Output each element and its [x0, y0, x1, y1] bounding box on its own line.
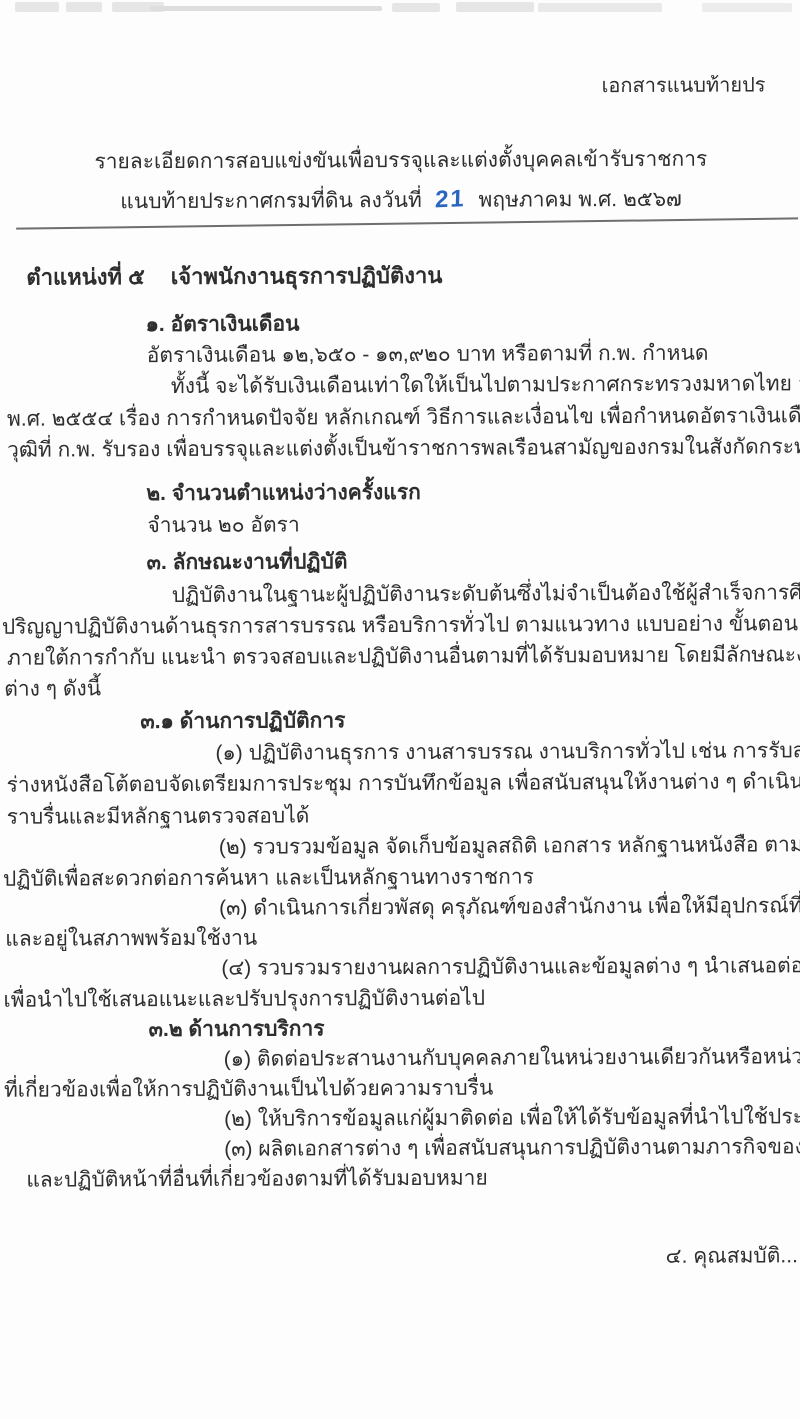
document-subtitle: แนบท้ายประกาศกรมที่ดิน ลงวันที่21พฤษภาคม…	[0, 183, 800, 218]
vacancies-count-line: จำนวน ๒๐ อัตรา	[147, 510, 299, 541]
duties-intro-line: ปริญญาปฏิบัติงานด้านธุรการสารบรรณ หรือบร…	[2, 608, 800, 642]
scanned-document-page: เอกสารแนบท้ายปร รายละเอียดการสอบแข่งขันเ…	[0, 0, 800, 1419]
continuation-note: ๔. คุณสมบัติ...	[666, 1241, 798, 1272]
subtitle-prefix: แนบท้ายประกาศกรมที่ดิน ลงวันที่	[120, 186, 422, 217]
operations-item-line: (๔) รวบรวมรายงานผลการปฏิบัติงานและข้อมูล…	[221, 951, 800, 984]
salary-note-line: ทั้งนี้ จะได้รับเงินเดือนเท่าใดให้เป็นไป…	[171, 369, 800, 402]
salary-note-line: พ.ศ. ๒๕๕๔ เรื่อง การกำหนดปัจจัย หลักเกณฑ…	[7, 401, 800, 435]
operations-item-line: (๑) ปฏิบัติงานธุรการ งานสารบรรณ งานบริกา…	[215, 736, 800, 769]
position-title: เจ้าพนักงานธุรการปฏิบัติงาน	[171, 263, 443, 289]
services-item-line: ที่เกี่ยวข้องเพื่อให้การปฏิบัติงานเป็นไป…	[4, 1074, 494, 1106]
subsection-operations-heading: ๓.๑ ด้านการปฏิบัติการ	[140, 706, 345, 737]
operations-item-line: ปฏิบัติเพื่อสะดวกต่อการค้นหา และเป็นหลัก…	[3, 862, 534, 894]
salary-amount-line: อัตราเงินเดือน ๑๒,๖๕๐ - ๑๓,๙๒๐ บาท หรือต…	[147, 339, 709, 371]
operations-item-line: ร่างหนังสือโต้ตอบจัดเตรียมการประชุม การบ…	[7, 767, 800, 801]
duties-intro-line: ปฏิบัติงานในฐานะผู้ปฏิบัติงานระดับต้นซึ่…	[172, 578, 800, 611]
operations-item-line: และอยู่ในสภาพพร้อมใช้งาน	[5, 924, 257, 955]
section-duties-heading: ๓. ลักษณะงานที่ปฏิบัติ	[147, 547, 348, 578]
operations-item-line: (๒) รวบรวมข้อมูล จัดเก็บข้อมูลสถิติ เอกส…	[219, 830, 800, 863]
services-item-line: (๑) ติดต่อประสานงานกับบุคคลภายในหน่วยงาน…	[224, 1042, 800, 1075]
section-vacancies-heading: ๒. จำนวนตำแหน่งว่างครั้งแรก	[146, 478, 421, 509]
subtitle-suffix: พฤษภาคม พ.ศ. ๒๕๖๗	[478, 185, 681, 216]
salary-note-line: วุฒิที่ ก.พ. รับรอง เพื่อบรรจุและแต่งตั้…	[7, 432, 800, 466]
position-number-label: ตำแหน่งที่ ๕	[26, 264, 144, 290]
services-item-line: (๒) ให้บริการข้อมูลแก่ผู้มาติดต่อ เพื่อใ…	[224, 1102, 800, 1135]
operations-item-line: เพื่อนำไปใช้เสนอแนะและปรับปรุงการปฏิบัติ…	[3, 984, 485, 1016]
section-salary-heading: ๑. อัตราเงินเดือน	[146, 309, 300, 340]
operations-item-line: (๓) ดำเนินการเกี่ยวพัสดุ ครุภัณฑ์ของสำนั…	[219, 891, 800, 924]
subsection-services-heading: ๓.๒ ด้านการบริการ	[149, 1014, 325, 1045]
position-heading: ตำแหน่งที่ ๕เจ้าพนักงานธุรการปฏิบัติงาน	[26, 261, 442, 293]
services-item-line: และปฏิบัติหน้าที่อื่นที่เกี่ยวข้องตามที่…	[26, 1164, 488, 1196]
corner-annex-note: เอกสารแนบท้ายปร	[601, 70, 765, 101]
duties-intro-line: ภายใต้การกำกับ แนะนำ ตรวจสอบและปฏิบัติงา…	[7, 640, 800, 674]
document-title: รายละเอียดการสอบแข่งขันเพื่อบรรจุและแต่ง…	[0, 144, 800, 178]
duties-intro-line: ต่าง ๆ ดังนี้	[4, 674, 101, 704]
divider-line	[16, 217, 798, 229]
handwritten-day: 21	[434, 184, 466, 215]
services-item-line: (๓) ผลิตเอกสารต่าง ๆ เพื่อสนับสนุนการปฏิ…	[224, 1132, 800, 1165]
operations-item-line: ราบรื่นและมีหลักฐานตรวจสอบได้	[7, 801, 310, 832]
document-content: เอกสารแนบท้ายปร รายละเอียดการสอบแข่งขันเ…	[0, 0, 800, 1419]
